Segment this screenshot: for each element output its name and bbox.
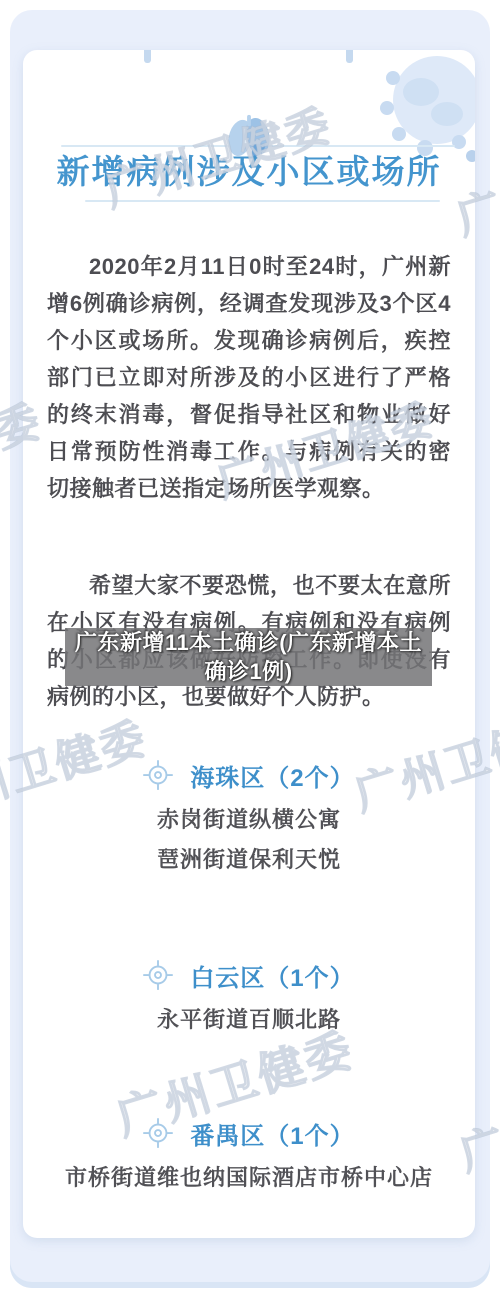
caption-overlay: 广东新增11本土确诊(广东新增本土 确诊1例) <box>65 628 432 686</box>
intro-paragraph: 2020年2月11日0时至24时，广州新增6例确诊病例，经调查发现涉及3个区4个… <box>47 248 451 507</box>
section-baiyun: 白云区（1个） 永平街道百顺北路 <box>47 958 451 1040</box>
title-divider-bottom <box>85 200 440 202</box>
section-item: 琶洲街道保利天悦 <box>47 840 451 880</box>
section-heading: 番禺区（1个） <box>190 1116 354 1151</box>
section-heading: 海珠区（2个） <box>190 758 354 793</box>
crosshair-icon <box>143 1118 173 1148</box>
page-background: { "poster": { "title": "新增病例涉及小区或场所", "p… <box>0 0 500 1310</box>
crosshair-icon <box>143 760 173 790</box>
card-content: 2020年2月11日0时至24时，广州新增6例确诊病例，经调查发现涉及3个区4个… <box>23 248 475 1198</box>
section-item: 赤岗街道纵横公寓 <box>47 800 451 840</box>
section-haizhu: 海珠区（2个） 赤岗街道纵横公寓 琶洲街道保利天悦 <box>47 758 451 880</box>
crosshair-icon <box>143 960 173 990</box>
section-item: 市桥街道维也纳国际酒店市桥中心店 <box>47 1158 451 1198</box>
caption-line-1: 广东新增11本土确诊(广东新增本土 <box>65 628 432 657</box>
section-item-list: 永平街道百顺北路 <box>47 1000 451 1040</box>
section-item-list: 赤岗街道纵横公寓 琶洲街道保利天悦 <box>47 800 451 880</box>
section-heading-row: 海珠区（2个） <box>47 758 451 792</box>
card-header: 新增病例涉及小区或场所 <box>23 50 475 248</box>
section-item: 永平街道百顺北路 <box>47 1000 451 1040</box>
page-title: 新增病例涉及小区或场所 <box>23 150 475 194</box>
section-heading-row: 白云区（1个） <box>47 958 451 992</box>
section-panyu: 番禺区（1个） 市桥街道维也纳国际酒店市桥中心店 <box>47 1116 451 1198</box>
section-heading-row: 番禺区（1个） <box>47 1116 451 1150</box>
caption-line-2: 确诊1例) <box>65 657 432 686</box>
section-item-list: 市桥街道维也纳国际酒店市桥中心店 <box>47 1158 451 1198</box>
section-heading: 白云区（1个） <box>190 958 354 993</box>
